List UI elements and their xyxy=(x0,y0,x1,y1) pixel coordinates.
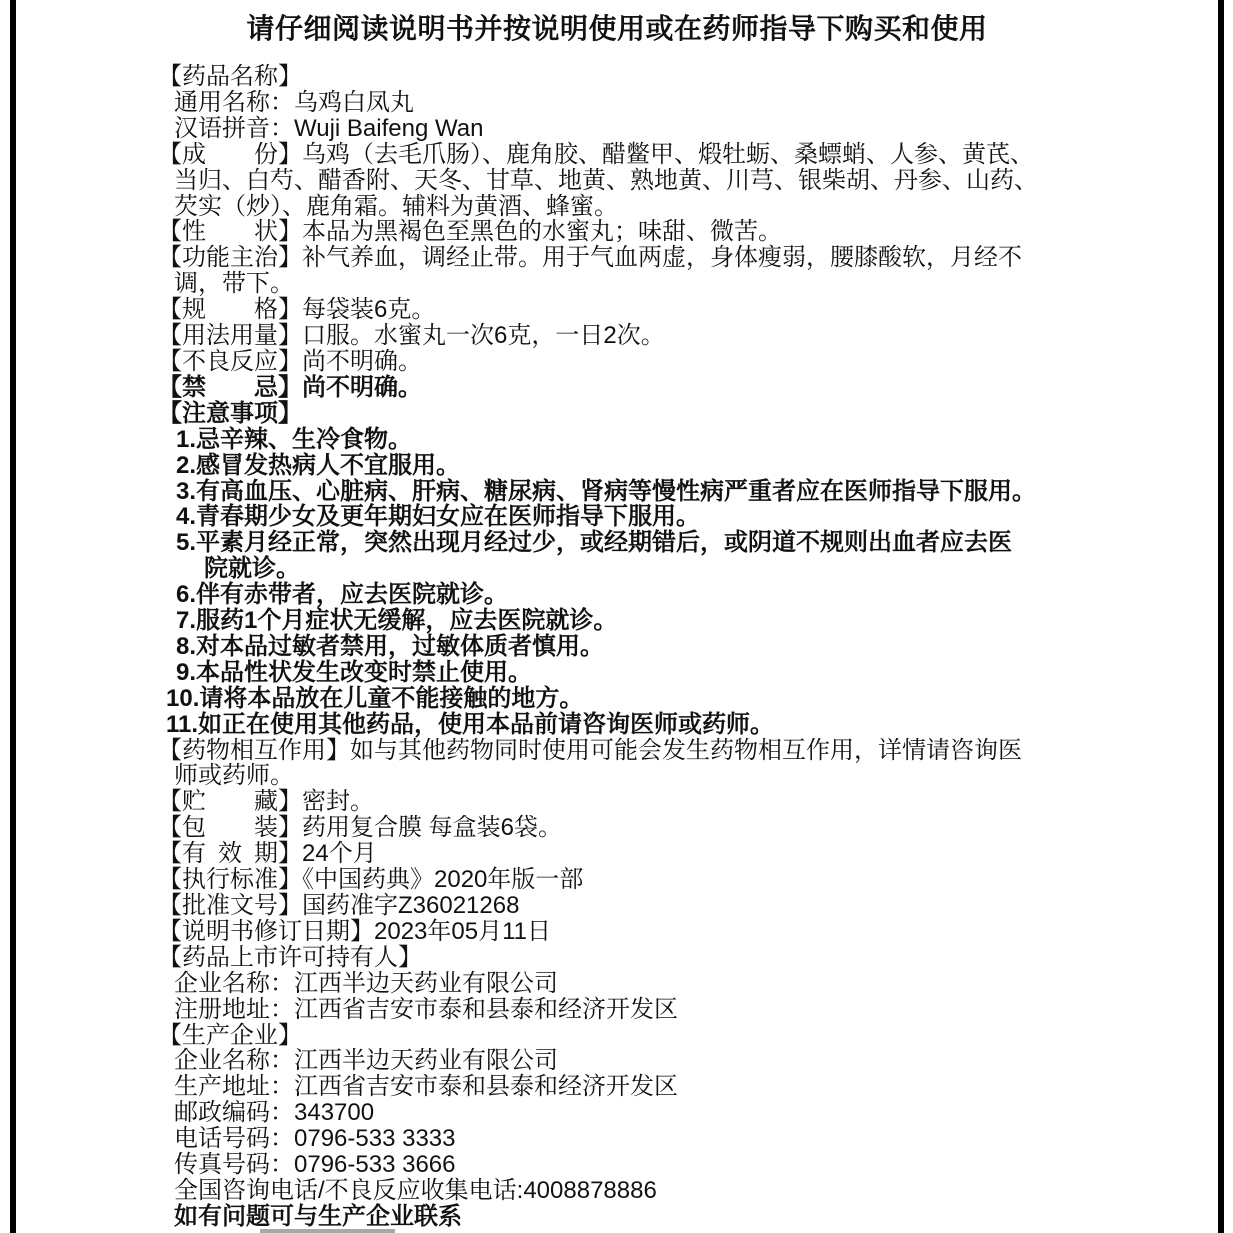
text-line: 【药品名称】 xyxy=(158,64,1208,90)
text-line: 【贮 藏】密封。 xyxy=(158,789,1208,815)
text-line: 6.伴有赤带者，应去医院就诊。 xyxy=(158,582,1208,608)
text-line: 4.青春期少女及更年期妇女应在医师指导下服用。 xyxy=(158,504,1208,530)
text-line: 【成 份】乌鸡（去毛爪肠）、鹿角胶、醋鳖甲、煅牡蛎、桑螵蛸、人参、黄芪、 xyxy=(158,142,1208,168)
text-line: 【性 状】本品为黑褐色至黑色的水蜜丸；味甜、微苦。 xyxy=(158,219,1208,245)
text-line: 【功能主治】补气养血，调经止带。用于气血两虚，身体瘦弱，腰膝酸软，月经不 xyxy=(158,245,1208,271)
text-line: 3.有高血压、心脏病、肝病、糖尿病、肾病等慢性病严重者应在医师指导下服用。 xyxy=(158,479,1208,505)
text-line: 10.请将本品放在儿童不能接触的地方。 xyxy=(158,686,1208,712)
text-line: 电话号码：0796-533 3333 xyxy=(158,1126,1208,1152)
text-line: 全国咨询电话/不良反应收集电话:4008878886 xyxy=(158,1178,1208,1204)
text-line: 当归、白芍、醋香附、天冬、甘草、地黄、熟地黄、川芎、银柴胡、丹参、山药、 xyxy=(158,168,1208,194)
text-line: 【用法用量】口服。水蜜丸一次6克，一日2次。 xyxy=(158,323,1208,349)
text-line: 【药品上市许可持有人】 xyxy=(158,945,1208,971)
text-line: 企业名称：江西半边天药业有限公司 xyxy=(158,971,1208,997)
text-line: 9.本品性状发生改变时禁止使用。 xyxy=(158,660,1208,686)
text-line: 2.感冒发热病人不宜服用。 xyxy=(158,453,1208,479)
text-line: 【执行标准】《中国药典》2020年版一部 xyxy=(158,867,1208,893)
text-line: 【注意事项】 xyxy=(158,401,1208,427)
text-line: 师或药师。 xyxy=(158,763,1208,789)
leaflet-title: 请仔细阅读说明书并按说明使用或在药师指导下购买和使用 xyxy=(16,7,1218,47)
text-line: 【批准文号】国药准字Z36021268 xyxy=(158,893,1208,919)
text-line: 芡实（炒）、鹿角霜。辅料为黄酒、蜂蜜。 xyxy=(158,194,1208,220)
text-line: 院就诊。 xyxy=(158,556,1208,582)
text-line: 通用名称：乌鸡白凤丸 xyxy=(158,90,1208,116)
text-line: 汉语拼音：Wuji Baifeng Wan xyxy=(158,116,1208,142)
text-line: 【规 格】每袋装6克。 xyxy=(158,297,1208,323)
text-line: 调，带下。 xyxy=(158,271,1208,297)
text-line: 【生产企业】 xyxy=(158,1023,1208,1049)
cutoff-text-fragment xyxy=(260,1229,395,1233)
text-line: 传真号码：0796-533 3666 xyxy=(158,1152,1208,1178)
text-line: 邮政编码：343700 xyxy=(158,1100,1208,1126)
text-line: 8.对本品过敏者禁用，过敏体质者慎用。 xyxy=(158,634,1208,660)
text-line: 【包 装】药用复合膜 每盒装6袋。 xyxy=(158,815,1208,841)
text-line: 生产地址：江西省吉安市泰和县泰和经济开发区 xyxy=(158,1074,1208,1100)
text-line: 【说明书修订日期】2023年05月11日 xyxy=(158,919,1208,945)
text-line: 注册地址：江西省吉安市泰和县泰和经济开发区 xyxy=(158,997,1208,1023)
right-border-line xyxy=(1218,0,1224,1233)
leaflet-body: 【药品名称】通用名称：乌鸡白凤丸汉语拼音：Wuji Baifeng Wan【成 … xyxy=(158,64,1208,1230)
left-border-line xyxy=(10,0,16,1233)
text-line: 7.服药1个月症状无缓解，应去医院就诊。 xyxy=(158,608,1208,634)
text-line: 5.平素月经正常，突然出现月经过少，或经期错后，或阴道不规则出血者应去医 xyxy=(158,530,1208,556)
text-line: 企业名称：江西半边天药业有限公司 xyxy=(158,1048,1208,1074)
text-line: 11.如正在使用其他药品，使用本品前请咨询医师或药师。 xyxy=(158,712,1208,738)
text-line: 【禁 忌】尚不明确。 xyxy=(158,375,1208,401)
text-line: 【药物相互作用】如与其他药物同时使用可能会发生药物相互作用，详情请咨询医 xyxy=(158,738,1208,764)
text-line: 【不良反应】尚不明确。 xyxy=(158,349,1208,375)
leaflet-page: 请仔细阅读说明书并按说明使用或在药师指导下购买和使用 【药品名称】通用名称：乌鸡… xyxy=(0,0,1233,1233)
text-line: 1.忌辛辣、生冷食物。 xyxy=(158,427,1208,453)
text-line: 如有问题可与生产企业联系 xyxy=(158,1204,1208,1230)
text-line: 【有 效 期】24个月 xyxy=(158,841,1208,867)
